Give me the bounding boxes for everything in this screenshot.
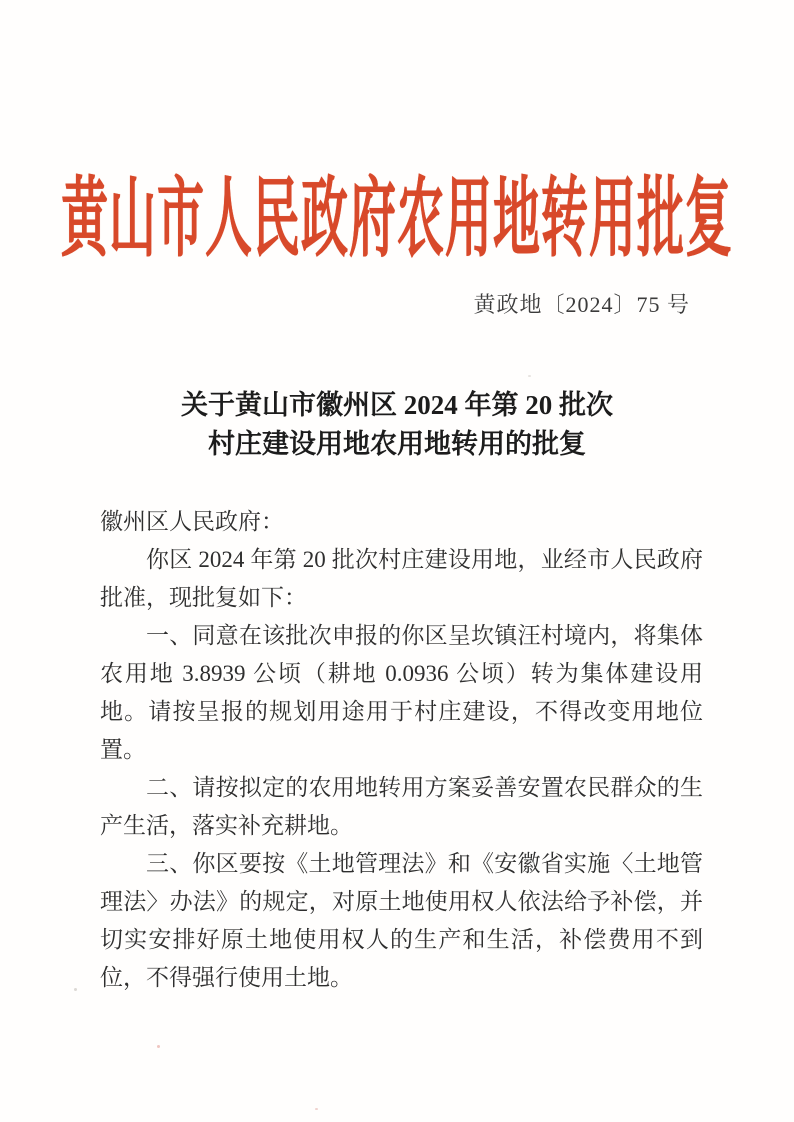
subject-heading: 关于黄山市徽州区 2024 年第 20 批次 村庄建设用地农用地转用的批复 xyxy=(0,386,794,464)
subject-line-1: 关于黄山市徽州区 2024 年第 20 批次 xyxy=(0,386,794,425)
subject-line-2: 村庄建设用地农用地转用的批复 xyxy=(0,425,794,464)
salutation: 徽州区人民政府： xyxy=(100,503,703,541)
scan-speck xyxy=(528,375,531,377)
paragraph-item-1: 一、同意在该批次申报的你区呈坎镇汪村境内，将集体农用地 3.8939 公顷（耕地… xyxy=(100,617,703,769)
document-title: 黄山市人民政府农用地转用批复 xyxy=(0,176,794,271)
document-title-text: 黄山市人民政府农用地转用批复 xyxy=(61,176,733,265)
paragraph-item-3: 三、你区要按《土地管理法》和《安徽省实施〈土地管理法〉办法》的规定，对原土地使用… xyxy=(100,845,703,997)
paragraph-item-2: 二、请按拟定的农用地转用方案妥善安置农民群众的生产生活，落实补充耕地。 xyxy=(100,769,703,845)
document-page: 黄山市人民政府农用地转用批复 黄政地〔2024〕75 号 关于黄山市徽州区 20… xyxy=(0,0,794,1122)
document-body: 徽州区人民政府： 你区 2024 年第 20 批次村庄建设用地，业经市人民政府批… xyxy=(100,503,703,997)
paragraph-intro: 你区 2024 年第 20 批次村庄建设用地，业经市人民政府批准，现批复如下： xyxy=(100,541,703,617)
scan-speck xyxy=(315,1108,318,1110)
document-number: 黄政地〔2024〕75 号 xyxy=(473,288,690,319)
scan-speck xyxy=(74,988,77,991)
scan-speck xyxy=(157,1045,160,1048)
